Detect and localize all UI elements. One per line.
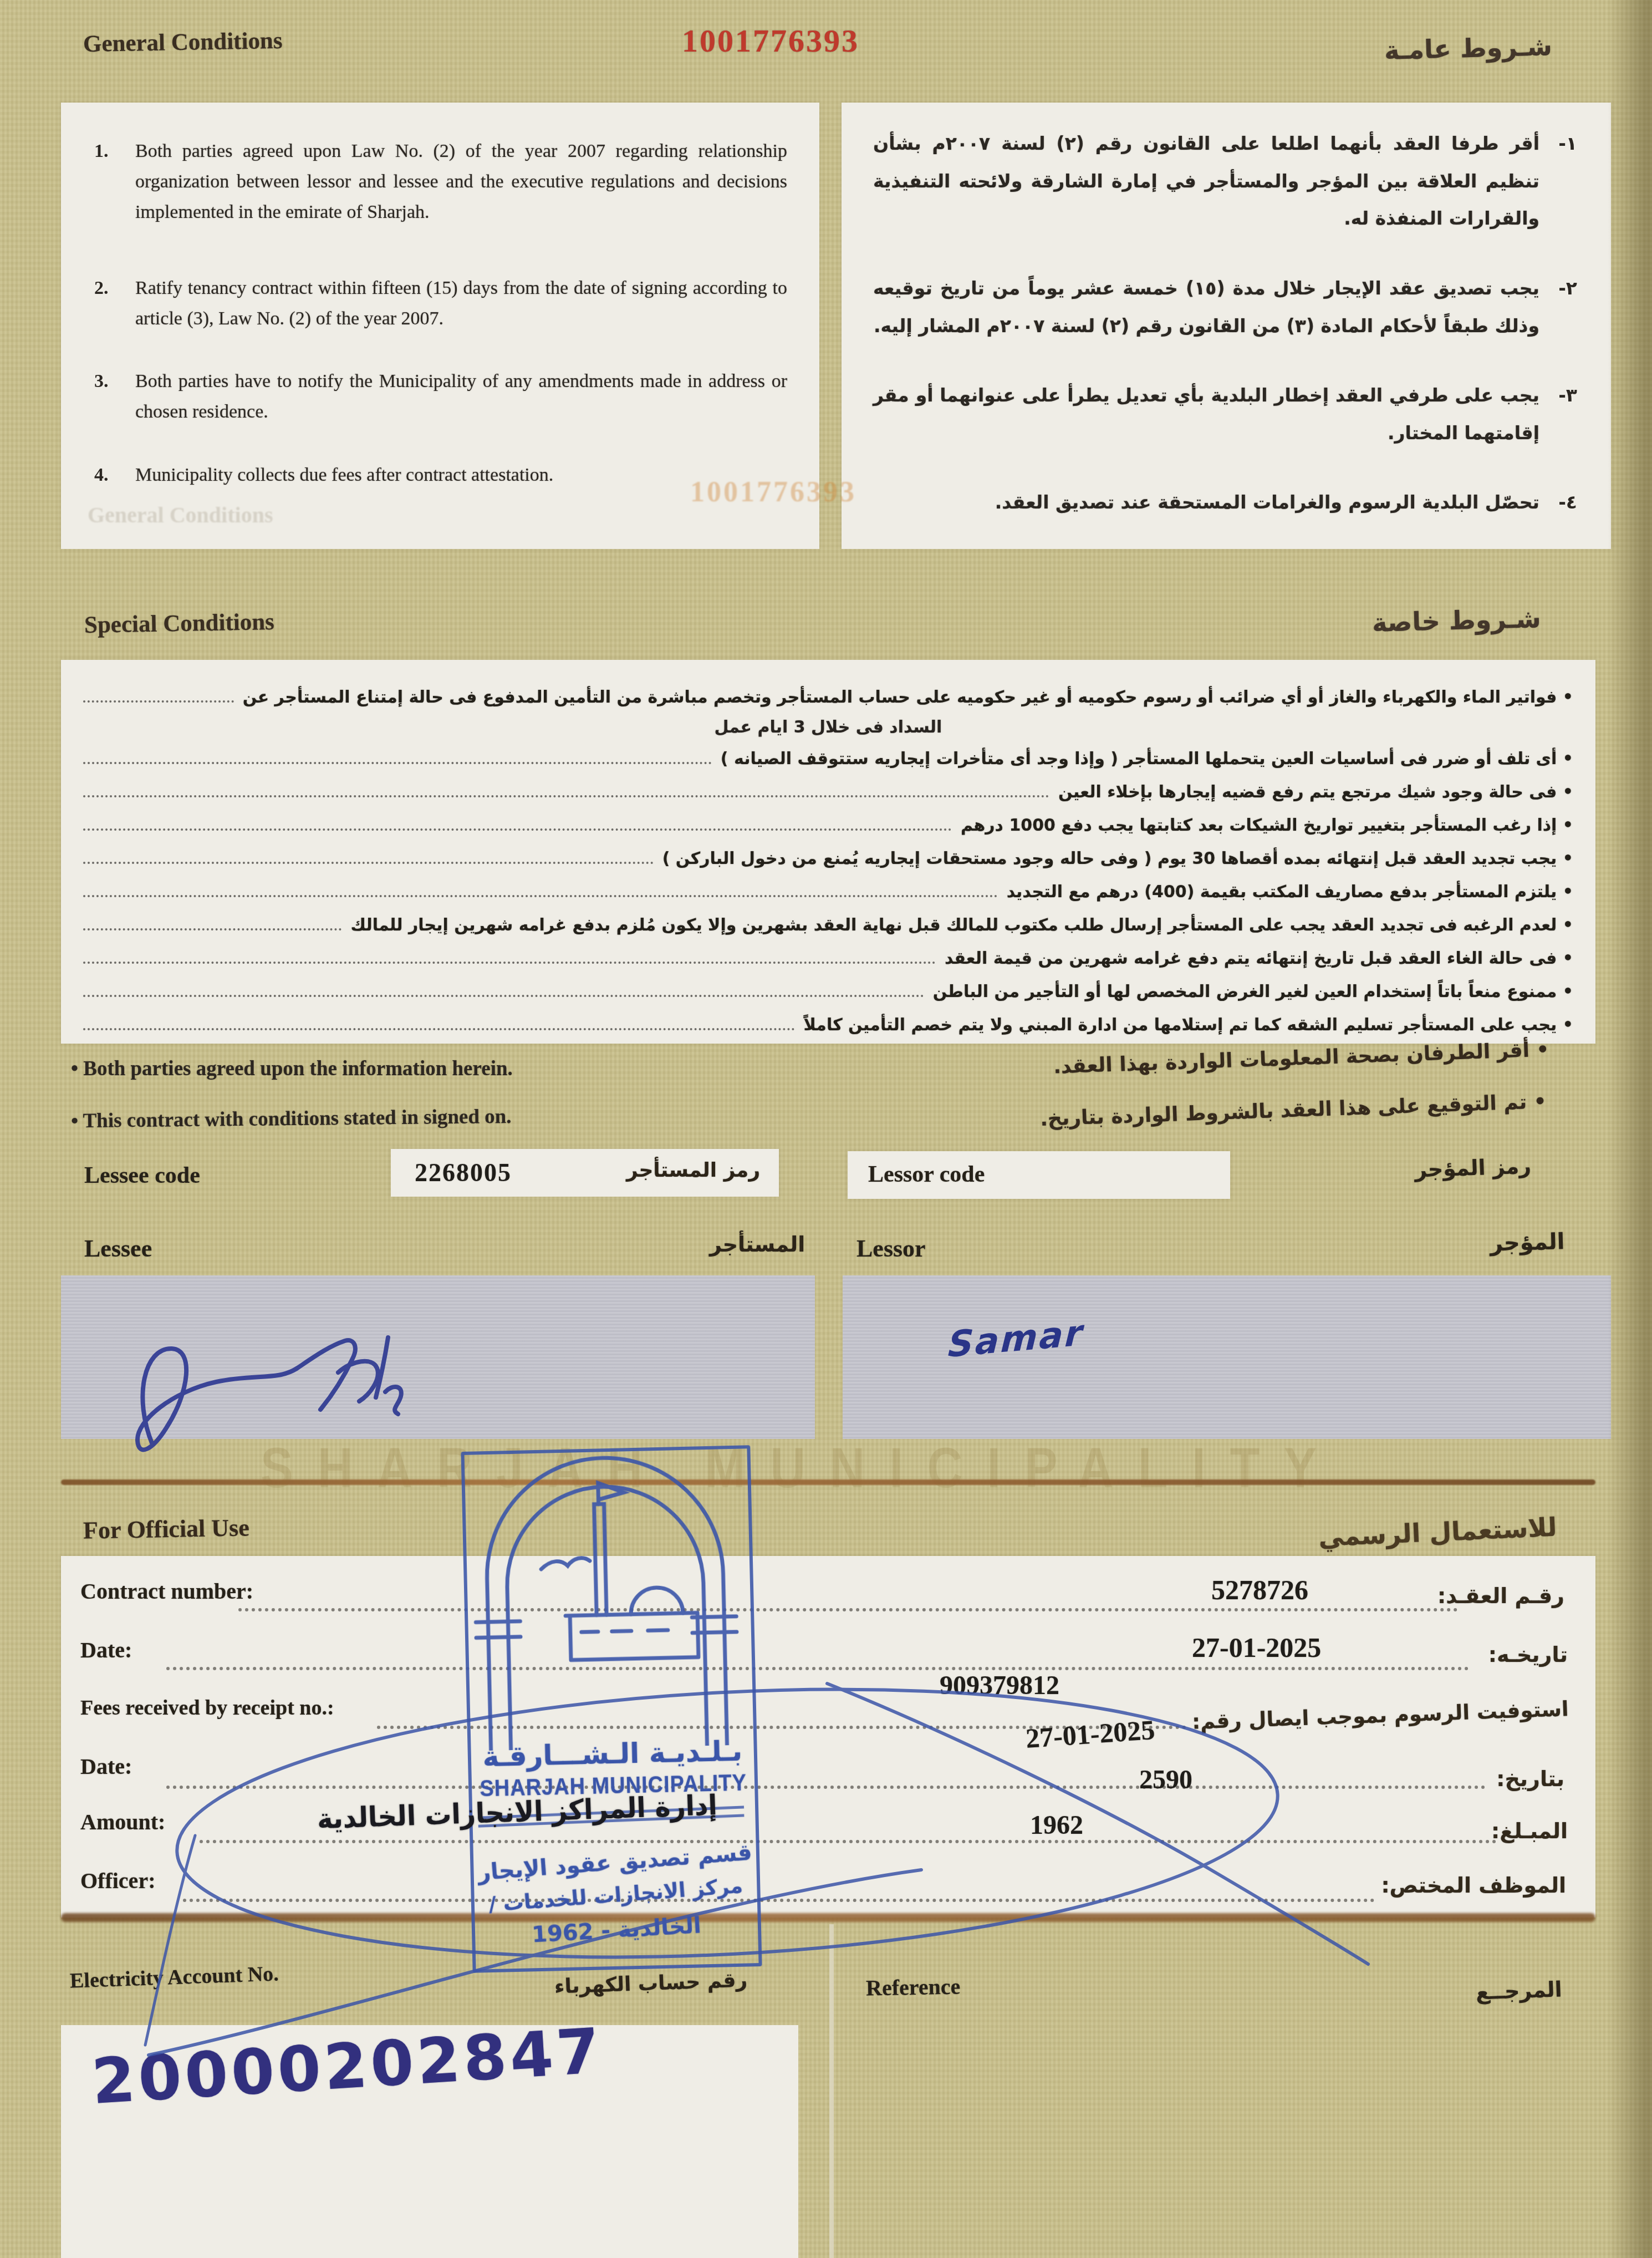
date-label-arabic: تاريخـه: <box>1488 1642 1568 1667</box>
page-title-arabic: شـروط عامـة <box>1384 31 1553 65</box>
agreement-line-en-1: • Both parties agreed upon the informati… <box>71 1057 513 1081</box>
item-text: يجب تصديق عقد الإيجار خلال مدة (١٥) خمسة… <box>873 269 1539 344</box>
contract-number-label-arabic: رقـم العقـد: <box>1437 1584 1564 1608</box>
footer-column-divider <box>829 1924 834 2258</box>
dotted-leader <box>83 962 936 964</box>
dotted-leader <box>83 862 654 864</box>
amount-value: 1962 <box>1030 1810 1083 1840</box>
item-text: يجب على طرفي العقد إخطار البلدية بأي تعد… <box>873 377 1539 451</box>
special-conditions-list: • فواتير الماء والكهرباء والغاز أو أي ضر… <box>83 688 1573 1049</box>
dotted-leader <box>83 700 234 703</box>
dotted-leader <box>83 928 341 930</box>
official-use-title-arabic: للاستعمال الرسمي <box>1318 1512 1557 1553</box>
receipt-date-label-arabic: بتاريخ: <box>1496 1767 1564 1791</box>
officer-label: Officer: <box>80 1868 155 1894</box>
date-value: 27-01-2025 <box>1192 1631 1321 1664</box>
amount-label-arabic: المبـلغ: <box>1491 1819 1568 1843</box>
condition-text: • فى حالة الغاء العقد قبل تاريخ إنتهائه … <box>945 949 1573 968</box>
general-conditions-list-en: 1. Both parties agreed upon Law No. (2) … <box>94 136 787 522</box>
condition-line: • أى تلف أو ضرر فى أساسيات العين يتحملها… <box>83 749 1573 769</box>
item-text: تحصّل البلدية الرسوم والغرامات المستحقة … <box>995 484 1539 521</box>
item-number: ٢- <box>1551 269 1577 344</box>
page-title: General Conditions <box>83 27 283 58</box>
serial-number: 1001776393 <box>682 22 859 59</box>
dotted-leader <box>83 762 712 764</box>
item-text: Both parties have to notify the Municipa… <box>135 366 787 427</box>
stamp-municipality-arabic: بـلـديـة الـشـــارقـة <box>471 1735 754 1773</box>
agreement-line-en-2: • This contract with conditions stated i… <box>71 1105 512 1133</box>
item-number: 1. <box>94 136 121 227</box>
list-item: 2. Ratify tenancy contract within fiftee… <box>94 273 787 334</box>
item-number: ٣- <box>1551 377 1577 451</box>
dotted-leader <box>83 895 998 897</box>
item-number: 3. <box>94 366 121 427</box>
official-use-title: For Official Use <box>83 1513 250 1544</box>
fees-received-label: Fees received by receipt no.: <box>80 1696 334 1720</box>
receipt-number-value: 909379812 <box>940 1670 1059 1701</box>
condition-line: • فى حالة الغاء العقد قبل تاريخ إنتهائه … <box>83 949 1573 968</box>
condition-line: • إذا رغب المستأجر بتغيير تواريخ الشيكات… <box>83 816 1573 835</box>
condition-text: • يجب تجديد العقد قبل إنتهائه بمده أقصاه… <box>662 849 1573 868</box>
condition-line: • فى حالة وجود شيك مرتجع يتم رفع قضيه إي… <box>83 782 1573 802</box>
contract-number-label: Contract number: <box>80 1578 253 1604</box>
item-text: Ratify tenancy contract within fifteen (… <box>135 273 787 334</box>
lessor-label: Lessor <box>856 1234 926 1263</box>
date-label: Date: <box>80 1637 132 1663</box>
reference-label-arabic: المرجــع <box>1476 1977 1563 2004</box>
condition-text: • إذا رغب المستأجر بتغيير تواريخ الشيكات… <box>961 816 1573 835</box>
special-conditions-title: Special Conditions <box>84 608 275 639</box>
list-item: ٣- يجب على طرفي العقد إخطار البلدية بأي … <box>873 377 1577 451</box>
electricity-account-label: Electricity Account No. <box>69 1961 279 1993</box>
item-number: 2. <box>94 273 121 334</box>
dotted-leader <box>83 995 924 997</box>
condition-line: • يلتزم المستأجر بدفع مصاريف المكتب بقيم… <box>83 882 1573 902</box>
item-number: ١- <box>1551 125 1577 237</box>
dotted-line <box>183 1870 1375 1902</box>
amount-label: Amount: <box>80 1809 165 1835</box>
item-number: 4. <box>94 460 121 490</box>
condition-text: • أى تلف أو ضرر فى أساسيات العين يتحملها… <box>721 749 1573 769</box>
lessee-code-label-arabic: رمز المستأجر <box>626 1159 771 1182</box>
dotted-leader <box>83 828 952 831</box>
condition-line: • يجب تجديد العقد قبل إنتهائه بمده أقصاه… <box>83 849 1573 868</box>
official-box-bottom-line <box>61 1913 1595 1922</box>
condition-text: • ممنوع منعاً باتاً إستخدام العين لغير ا… <box>933 982 1573 1001</box>
general-conditions-list-ar: ١- أقر طرفا العقد بأنهما اطلعا على القان… <box>873 125 1577 553</box>
lessor-code-label: Lessor code <box>868 1161 985 1188</box>
item-text: أقر طرفا العقد بأنهما اطلعا على القانون … <box>873 125 1539 237</box>
stamp-arch-emblem <box>461 1445 750 1751</box>
municipality-stamp: بـلـديـة الـشـــارقـة SHARJAH MUNICIPALI… <box>461 1445 762 1973</box>
item-number: ٤- <box>1551 484 1577 521</box>
condition-line: • لعدم الرغبه فى تجديد العقد يجب على الم… <box>83 916 1573 935</box>
lessee-label: Lessee <box>84 1234 152 1263</box>
receipt-date-label: Date: <box>80 1753 132 1779</box>
special-conditions-title-arabic: شـروط خاصة <box>1372 603 1542 638</box>
list-item: 4. Municipality collects due fees after … <box>94 460 787 490</box>
lessee-label-arabic: المستأجر <box>710 1232 809 1257</box>
item-text: Both parties agreed upon Law No. (2) of … <box>135 136 787 227</box>
lessee-signature-box <box>61 1275 815 1439</box>
agreement-line-ar-2: • تم التوقيع على هذا العقد بالشروط الوار… <box>1040 1090 1547 1131</box>
condition-text: • لعدم الرغبه فى تجديد العقد يجب على الم… <box>350 916 1573 935</box>
dotted-line <box>166 1757 1486 1789</box>
item-text: Municipality collects due fees after con… <box>135 460 553 490</box>
list-item: 1. Both parties agreed upon Law No. (2) … <box>94 136 787 227</box>
condition-text: • فواتير الماء والكهرباء والغاز أو أي ضر… <box>243 688 1573 707</box>
municipality-watermark: SHARJAH MUNICIPALITY <box>261 1435 1341 1500</box>
lessor-code-label-arabic: رمز المؤجر <box>1414 1153 1531 1182</box>
scanned-tenancy-contract-page: General Conditions 1001776393 شـروط عامـ… <box>0 0 1652 2258</box>
condition-text: • فى حالة وجود شيك مرتجع يتم رفع قضيه إي… <box>1058 782 1573 802</box>
condition-text-continued: السداد فى خلال 3 ايام عمل <box>83 718 1573 737</box>
section-divider-line <box>61 1479 1595 1485</box>
lessee-code-label: Lessee code <box>84 1162 200 1189</box>
lessor-signature-box: Samar <box>843 1275 1611 1439</box>
lessor-signature: Samar <box>947 1313 1085 1366</box>
officer-label-arabic: الموظف المختص: <box>1381 1873 1566 1898</box>
lessor-label-arabic: المؤجر <box>1490 1229 1565 1257</box>
list-item: ٤- تحصّل البلدية الرسوم والغرامات المستح… <box>873 484 1577 521</box>
electricity-account-label-arabic: رقم حساب الكهرباء <box>554 1968 768 1998</box>
receipt-date-value: 2590 <box>1139 1764 1192 1795</box>
ghost-title-bleedthrough: General Conditions <box>88 502 273 528</box>
lessee-code-value: 2268005 <box>415 1158 512 1187</box>
condition-text: • يجب على المستأجر تسليم الشقه كما تم إس… <box>804 1015 1573 1035</box>
condition-text: • يلتزم المستأجر بدفع مصاريف المكتب بقيم… <box>1007 882 1573 902</box>
reference-label: Reference <box>866 1974 961 2001</box>
ghost-serial-bleedthrough: 1001776393 <box>690 476 856 508</box>
dotted-leader <box>83 795 1049 797</box>
condition-line: • ممنوع منعاً باتاً إستخدام العين لغير ا… <box>83 982 1573 1001</box>
condition-line: • فواتير الماء والكهرباء والغاز أو أي ضر… <box>83 688 1573 707</box>
stamp-branch-line: الخالدية - 1962 <box>475 1909 758 1951</box>
condition-line: • يجب على المستأجر تسليم الشقه كما تم إس… <box>83 1015 1573 1035</box>
contract-number-value: 5278726 <box>1211 1574 1308 1606</box>
dotted-leader <box>83 1028 795 1030</box>
list-item: ٢- يجب تصديق عقد الإيجار خلال مدة (١٥) خ… <box>873 269 1577 344</box>
list-item: ١- أقر طرفا العقد بأنهما اطلعا على القان… <box>873 125 1577 237</box>
list-item: 3. Both parties have to notify the Munic… <box>94 366 787 427</box>
